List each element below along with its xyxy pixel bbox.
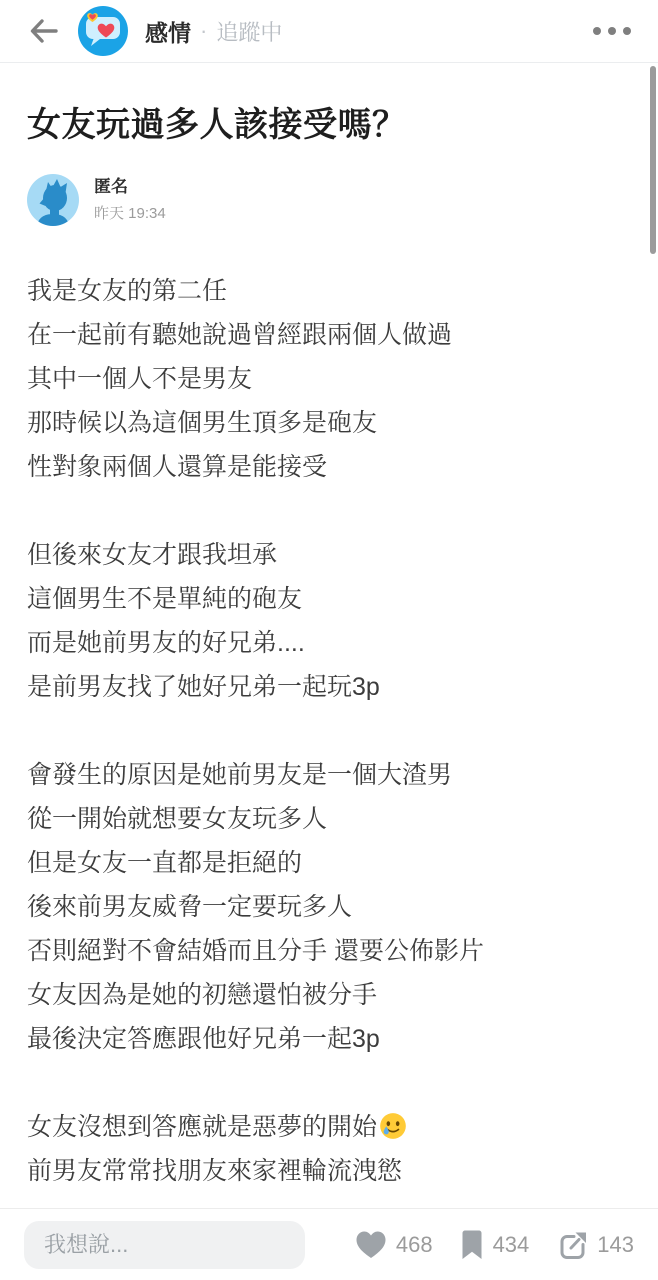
post-body: 我是女友的第二任在一起前有聽她說過曾經跟兩個人做過其中一個人不是男友那時候以為這… <box>27 269 631 1193</box>
post-content: 女友玩過多人該接受嗎？ 匿名 昨天 19:34 我是女友的第二任在一起前有聽她說… <box>0 63 658 1193</box>
post-title: 女友玩過多人該接受嗎？ <box>27 103 631 147</box>
post-line: 那時候以為這個男生頂多是砲友 <box>27 401 631 445</box>
post-time: 昨天 19:34 <box>94 202 166 223</box>
heart-icon <box>355 1230 387 1259</box>
bookmark-action[interactable]: 434 <box>460 1230 530 1260</box>
post-line: 但是女友一直都是拒絕的 <box>27 841 631 885</box>
bottom-bar: 468 434 143 <box>0 1208 658 1280</box>
bookmark-count: 434 <box>493 1232 530 1258</box>
scrollbar-thumb[interactable] <box>650 66 656 254</box>
post-paragraph: 但後來女友才跟我坦承這個男生不是單純的砲友而是她前男友的好兄弟....是前男友找… <box>27 533 631 709</box>
top-bar: 感情 · 追蹤中 <box>0 0 658 62</box>
post-line: 否則絕對不會結婚而且分手 還要公佈影片 <box>27 929 631 973</box>
post-line: 這個男生不是單純的砲友 <box>27 577 631 621</box>
like-count: 468 <box>396 1232 433 1258</box>
post-paragraph: 會發生的原因是她前男友是一個大渣男從一開始就想要女友玩多人但是女友一直都是拒絕的… <box>27 753 631 1061</box>
like-action[interactable]: 468 <box>355 1230 433 1259</box>
post-paragraph: 我是女友的第二任在一起前有聽她說過曾經跟兩個人做過其中一個人不是男友那時候以為這… <box>27 269 631 489</box>
post-line: 會發生的原因是她前男友是一個大渣男 <box>27 753 631 797</box>
follow-status[interactable]: 追蹤中 <box>216 16 282 47</box>
comment-input[interactable] <box>24 1221 305 1269</box>
post-line: 女友沒想到答應就是惡夢的開始 <box>27 1105 631 1149</box>
board-info[interactable]: 感情 · 追蹤中 <box>78 6 282 56</box>
separator-dot: · <box>200 18 207 44</box>
board-name: 感情 <box>145 15 191 48</box>
smiling-face-with-tear-emoji <box>379 1112 407 1140</box>
post-paragraph: 女友沒想到答應就是惡夢的開始前男友常常找朋友來家裡輪流洩慾 <box>27 1105 631 1193</box>
post-line: 在一起前有聽她說過曾經跟兩個人做過 <box>27 313 631 357</box>
post-line: 是前男友找了她好兄弟一起玩3p <box>27 665 631 709</box>
author-name: 匿名 <box>94 177 166 197</box>
back-button[interactable] <box>24 12 62 50</box>
share-icon <box>556 1230 588 1259</box>
post-line: 從一開始就想要女友玩多人 <box>27 797 631 841</box>
post-line: 女友因為是她的初戀還怕被分手 <box>27 973 631 1017</box>
share-count: 143 <box>597 1232 634 1258</box>
ellipsis-icon <box>590 25 634 37</box>
post-line: 其中一個人不是男友 <box>27 357 631 401</box>
post-line: 我是女友的第二任 <box>27 269 631 313</box>
app-screen: 感情 · 追蹤中 女友玩過多人該接受嗎？ <box>0 0 658 1280</box>
post-line: 後來前男友威脅一定要玩多人 <box>27 885 631 929</box>
post-line: 前男友常常找朋友來家裡輪流洩慾 <box>27 1149 631 1193</box>
arrow-left-icon <box>26 14 60 48</box>
post-actions: 468 434 143 <box>355 1230 634 1260</box>
author-row[interactable]: 匿名 昨天 19:34 <box>27 174 631 226</box>
post-line: 而是她前男友的好兄弟.... <box>27 621 631 665</box>
post-line: 最後決定答應跟他好兄弟一起3p <box>27 1017 631 1061</box>
anonymous-avatar <box>27 174 79 226</box>
hearts-chat-bubble-icon <box>78 6 128 56</box>
post-line: 但後來女友才跟我坦承 <box>27 533 631 577</box>
more-options-button[interactable] <box>590 12 634 50</box>
author-meta: 匿名 昨天 19:34 <box>94 177 166 222</box>
post-line: 性對象兩個人還算是能接受 <box>27 445 631 489</box>
share-action[interactable]: 143 <box>556 1230 634 1259</box>
bookmark-icon <box>460 1230 484 1260</box>
